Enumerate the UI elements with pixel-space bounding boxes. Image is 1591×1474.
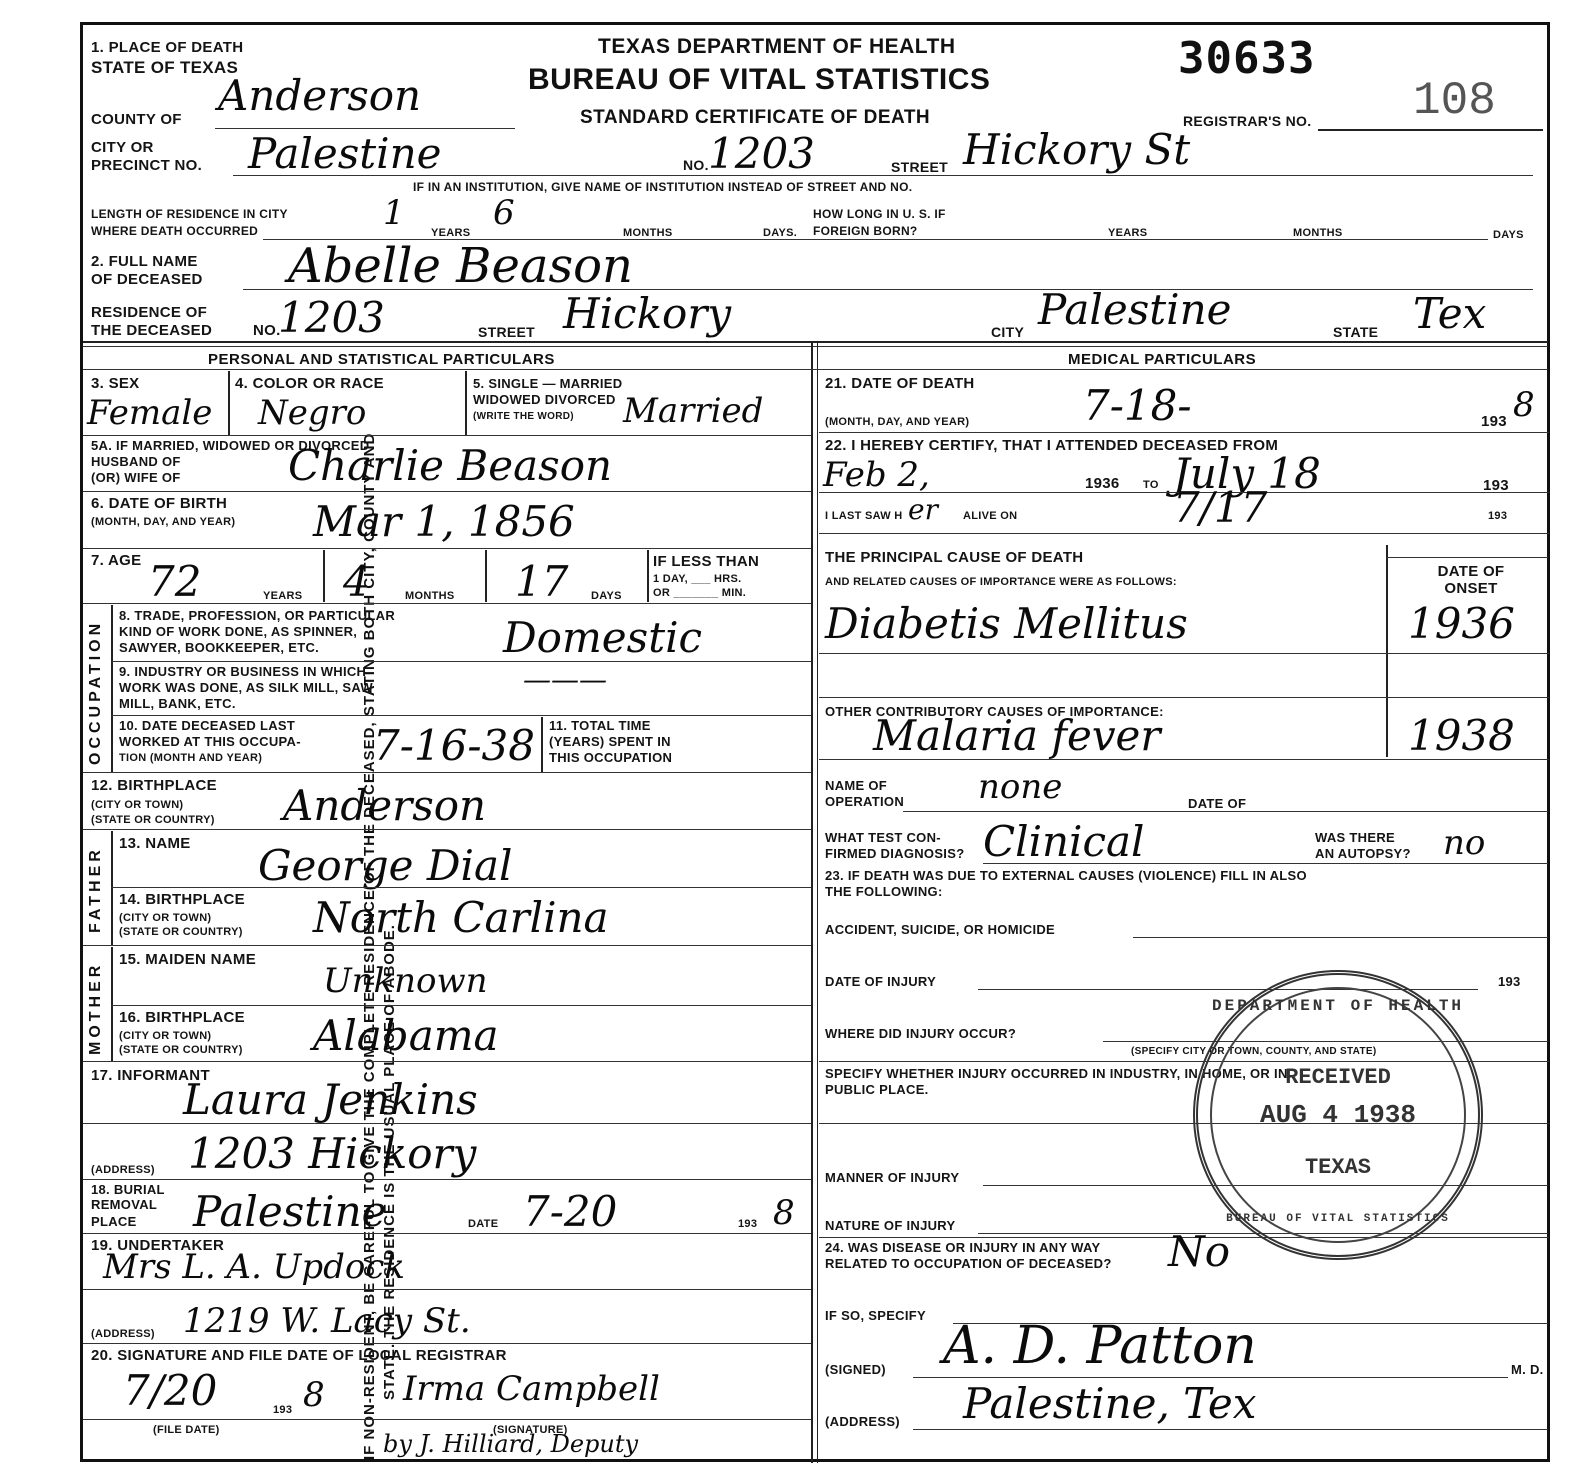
registrar-underline bbox=[83, 1419, 811, 1420]
row-rule-5 bbox=[83, 435, 811, 436]
stamp-top-text: DEPARTMENT OF HEALTH bbox=[1198, 997, 1478, 1015]
full-name-label-2: OF DECEASED bbox=[91, 271, 203, 288]
onset-top-rule bbox=[1386, 557, 1548, 558]
other-onset-value[interactable]: 1938 bbox=[1408, 715, 1515, 757]
dob-label-2: (MONTH, DAY, AND YEAR) bbox=[91, 515, 235, 529]
from-year-value[interactable]: 1936 bbox=[1085, 475, 1120, 492]
sex-value[interactable]: Female bbox=[87, 395, 212, 431]
accident-underline bbox=[1133, 937, 1548, 938]
dod-value[interactable]: 7-18- bbox=[1083, 385, 1192, 427]
street-value[interactable]: Hickory St bbox=[963, 129, 1190, 171]
other-cause-value[interactable]: Malaria fever bbox=[873, 715, 1160, 757]
marital-label-3: (WRITE THE WORD) bbox=[473, 410, 574, 424]
if-so-label: IF SO, SPECIFY bbox=[825, 1309, 926, 1323]
external-causes-label-2: THE FOLLOWING: bbox=[825, 885, 943, 899]
to-label: TO bbox=[1143, 478, 1159, 492]
residence-length-label-2: WHERE DEATH OCCURRED bbox=[91, 224, 258, 238]
injury-place-label-2: PUBLIC PLACE. bbox=[825, 1083, 929, 1097]
file-year-suffix[interactable]: 8 bbox=[303, 1377, 325, 1413]
age-years-label: YEARS bbox=[263, 589, 302, 603]
age-divider-1 bbox=[323, 550, 325, 602]
registrar-signature-value[interactable]: Irma Campbell bbox=[403, 1371, 660, 1407]
total-time-label-3: THIS OCCUPATION bbox=[549, 751, 672, 765]
residence-street-label: STREET bbox=[478, 324, 535, 341]
birthplace-label-3: (STATE OR COUNTRY) bbox=[91, 813, 215, 827]
father-birthplace-value[interactable]: North Carlina bbox=[313, 897, 609, 939]
residence-label-1: RESIDENCE OF bbox=[91, 304, 207, 321]
accident-label: ACCIDENT, SUICIDE, OR HOMICIDE bbox=[825, 923, 1055, 937]
row-rule-8 bbox=[111, 661, 811, 662]
us-months-label: MONTHS bbox=[1293, 226, 1342, 240]
less-than-label-2: 1 DAY, ___ HRS. bbox=[653, 572, 741, 586]
full-name-label-1: 2. FULL NAME bbox=[91, 253, 198, 270]
age-divider-3 bbox=[647, 550, 649, 602]
residence-no-label: NO. bbox=[253, 322, 281, 339]
age-months-value[interactable]: 4 bbox=[343, 561, 370, 603]
race-value[interactable]: Negro bbox=[258, 395, 366, 431]
dod-year-suffix[interactable]: 8 bbox=[1513, 387, 1535, 423]
row-rule-9 bbox=[111, 715, 811, 716]
full-name-underline bbox=[243, 289, 1533, 290]
father-name-value[interactable]: George Dial bbox=[258, 845, 512, 887]
informant-address-label: (ADDRESS) bbox=[91, 1163, 155, 1177]
undertaker-name-value[interactable]: Mrs L. A. Updock bbox=[103, 1249, 405, 1285]
test-underline bbox=[983, 863, 1548, 864]
operation-value[interactable]: none bbox=[978, 769, 1062, 805]
age-divider-2 bbox=[485, 550, 487, 602]
md-label: M. D. bbox=[1511, 1363, 1544, 1377]
row-rule-22 bbox=[819, 533, 1549, 534]
autopsy-label-1: WAS THERE bbox=[1315, 831, 1395, 845]
burial-label-3: PLACE bbox=[91, 1215, 137, 1229]
column-divider bbox=[811, 343, 813, 1463]
residence-months-value[interactable]: 6 bbox=[493, 195, 515, 231]
father-name-label: 13. NAME bbox=[119, 835, 191, 852]
test-label-1: WHAT TEST CON- bbox=[825, 831, 941, 845]
row-rule-19 bbox=[83, 1343, 811, 1344]
us-days-label: DAYS bbox=[1493, 228, 1524, 242]
burial-year-suffix[interactable]: 8 bbox=[773, 1195, 795, 1231]
last-saw-label: I LAST SAW H bbox=[825, 509, 903, 523]
registrar-label: REGISTRAR'S NO. bbox=[1183, 113, 1311, 130]
informant-name-value[interactable]: Laura Jenkins bbox=[183, 1079, 478, 1121]
row-rule-13 bbox=[111, 887, 811, 888]
row-rule-21 bbox=[819, 432, 1549, 433]
industry-value[interactable]: ——— bbox=[523, 665, 607, 695]
row-rule-10 bbox=[83, 772, 811, 773]
principal-cause-value[interactable]: Diabetis Mellitus bbox=[825, 603, 1188, 645]
residence-days-label: DAYS. bbox=[763, 226, 797, 240]
operation-underline bbox=[903, 811, 1548, 812]
stamp-date: AUG 4 1938 bbox=[1198, 1100, 1478, 1130]
registrar-signature-label: 20. SIGNATURE AND FILE DATE OF LOCAL REG… bbox=[91, 1347, 507, 1364]
trade-label-1: 8. TRADE, PROFESSION, OR PARTICULAR bbox=[119, 609, 395, 623]
row-rule-17 bbox=[83, 1179, 811, 1180]
spouse-value[interactable]: Charlie Beason bbox=[288, 445, 612, 487]
signed-underline bbox=[913, 1377, 1508, 1378]
father-birthplace-label-2: (CITY OR TOWN) bbox=[119, 911, 211, 925]
total-time-divider bbox=[541, 717, 543, 772]
burial-year-prefix: 193 bbox=[738, 1217, 757, 1231]
residence-city-label: CITY bbox=[991, 324, 1024, 341]
last-worked-label-2: WORKED AT THIS OCCUPA- bbox=[119, 735, 301, 749]
burial-date-label: DATE bbox=[468, 1217, 498, 1231]
street-label: STREET bbox=[891, 159, 948, 176]
test-label-2: FIRMED DIAGNOSIS? bbox=[825, 847, 964, 861]
father-birthplace-label-3: (STATE OR COUNTRY) bbox=[119, 925, 243, 939]
us-years-label: YEARS bbox=[1108, 226, 1147, 240]
department-title: TEXAS DEPARTMENT OF HEALTH bbox=[598, 35, 956, 59]
street-no-value[interactable]: 1203 bbox=[708, 133, 815, 175]
occupation-related-value[interactable]: No bbox=[1168, 1231, 1230, 1273]
last-saw-pronoun[interactable]: er bbox=[908, 495, 938, 525]
maiden-name-value[interactable]: Unknown bbox=[323, 963, 488, 999]
section-rule bbox=[83, 369, 1548, 370]
registrar-number: 108 bbox=[1413, 75, 1496, 127]
mother-birthplace-label-1: 16. BIRTHPLACE bbox=[119, 1009, 245, 1026]
mother-birthplace-value[interactable]: Alabama bbox=[313, 1015, 499, 1057]
birthplace-label-1: 12. BIRTHPLACE bbox=[91, 777, 217, 794]
autopsy-value[interactable]: no bbox=[1443, 825, 1485, 861]
age-label: 7. AGE bbox=[91, 552, 141, 569]
row-rule-14 bbox=[83, 945, 811, 946]
spouse-label-2: HUSBAND OF bbox=[91, 455, 181, 469]
trade-value[interactable]: Domestic bbox=[503, 617, 702, 659]
file-year-prefix: 193 bbox=[273, 1403, 292, 1417]
alive-year-prefix: 193 bbox=[1488, 509, 1507, 523]
residence-rule bbox=[83, 341, 1548, 343]
burial-place-value[interactable]: Palestine bbox=[193, 1191, 386, 1233]
alive-on-value[interactable]: 7/17 bbox=[1173, 487, 1267, 529]
birthplace-label-2: (CITY OR TOWN) bbox=[91, 798, 183, 812]
race-divider bbox=[465, 371, 467, 435]
autopsy-label-2: AN AUTOPSY? bbox=[1315, 847, 1411, 861]
birthplace-value[interactable]: Anderson bbox=[283, 785, 486, 827]
attended-from-value[interactable]: Feb 2, bbox=[823, 457, 930, 493]
age-years-value[interactable]: 72 bbox=[148, 561, 201, 603]
injury-where-label: WHERE DID INJURY OCCUR? bbox=[825, 1027, 1016, 1041]
father-birthplace-label-1: 14. BIRTHPLACE bbox=[119, 891, 245, 908]
occupation-side-divider bbox=[111, 605, 113, 772]
physician-address-label: (ADDRESS) bbox=[825, 1415, 900, 1429]
principal-cause-underline-2 bbox=[819, 697, 1549, 698]
operation-label-1: NAME OF bbox=[825, 779, 887, 793]
medical-section-title: MEDICAL PARTICULARS bbox=[1068, 351, 1256, 368]
physician-address-underline bbox=[913, 1429, 1548, 1430]
onset-divider bbox=[1386, 545, 1388, 757]
city-label-1: CITY OR bbox=[91, 139, 154, 156]
less-than-label-1: IF LESS THAN bbox=[653, 553, 759, 570]
operation-date-label: DATE OF bbox=[1188, 797, 1246, 811]
informant-underline bbox=[83, 1123, 811, 1124]
signed-label: (SIGNED) bbox=[825, 1363, 886, 1377]
column-divider-2 bbox=[817, 343, 818, 1463]
mother-side-divider bbox=[111, 947, 113, 1061]
maiden-name-label: 15. MAIDEN NAME bbox=[119, 951, 256, 968]
age-days-label: DAYS bbox=[591, 589, 622, 603]
trade-label-2: KIND OF WORK DONE, AS SPINNER, bbox=[119, 625, 357, 639]
institution-note: IF IN AN INSTITUTION, GIVE NAME OF INSTI… bbox=[413, 180, 912, 194]
residence-state-value[interactable]: Tex bbox=[1413, 293, 1486, 335]
us-label-1: HOW LONG IN U. S. IF bbox=[813, 207, 946, 221]
nature-label: NATURE OF INJURY bbox=[825, 1219, 955, 1233]
burial-date-value[interactable]: 7-20 bbox=[523, 1191, 617, 1233]
city-street-underline bbox=[233, 175, 1533, 176]
county-value[interactable]: Anderson bbox=[218, 75, 421, 117]
injury-date-label: DATE OF INJURY bbox=[825, 975, 936, 989]
occupation-side-label: OCCUPATION bbox=[87, 620, 105, 765]
file-date-label: (FILE DATE) bbox=[153, 1423, 220, 1437]
total-time-label-1: 11. TOTAL TIME bbox=[549, 719, 651, 733]
undertaker-address-label: (ADDRESS) bbox=[91, 1327, 155, 1341]
marital-label-1: 5. SINGLE — MARRIED bbox=[473, 377, 622, 391]
principal-cause-underline bbox=[819, 653, 1549, 654]
row-rule-other bbox=[819, 759, 1549, 760]
row-rule-7 bbox=[83, 603, 811, 604]
dod-sub-label: (MONTH, DAY, AND YEAR) bbox=[825, 415, 969, 429]
alive-on-label: ALIVE ON bbox=[963, 509, 1017, 523]
sex-label: 3. SEX bbox=[91, 375, 140, 392]
file-date-value[interactable]: 7/20 bbox=[123, 1370, 217, 1412]
occupation-related-label-1: 24. WAS DISEASE OR INJURY IN ANY WAY bbox=[825, 1241, 1100, 1255]
stamp-state: TEXAS bbox=[1198, 1155, 1478, 1180]
marital-value[interactable]: Married bbox=[623, 393, 763, 429]
registrar-underline bbox=[1318, 129, 1543, 131]
stamp-received: RECEIVED bbox=[1198, 1065, 1478, 1090]
age-months-label: MONTHS bbox=[405, 589, 454, 603]
dod-year-prefix: 193 bbox=[1481, 413, 1507, 430]
last-worked-label-3: TION (MONTH AND YEAR) bbox=[119, 751, 262, 765]
physician-address-value[interactable]: Palestine, Tex bbox=[963, 1383, 1256, 1425]
injury-year-prefix: 193 bbox=[1498, 975, 1521, 989]
row-rule-18 bbox=[83, 1233, 811, 1234]
dob-label-1: 6. DATE OF BIRTH bbox=[91, 495, 227, 512]
certificate-number: 30633 bbox=[1178, 33, 1315, 84]
residence-label-2: THE DECEASED bbox=[91, 322, 212, 339]
last-worked-value[interactable]: 7-16-38 bbox=[373, 725, 535, 767]
received-stamp: DEPARTMENT OF HEALTH RECEIVED AUG 4 1938… bbox=[1193, 970, 1483, 1260]
external-causes-label-1: 23. IF DEATH WAS DUE TO EXTERNAL CAUSES … bbox=[825, 869, 1307, 883]
row-rule-5a bbox=[83, 491, 811, 492]
undertaker-address-value[interactable]: 1219 W. Lacy St. bbox=[183, 1303, 471, 1339]
operation-label-2: OPERATION bbox=[825, 795, 904, 809]
physician-signature[interactable]: A. D. Patton bbox=[943, 1325, 1257, 1367]
spouse-label-3: (OR) WIFE OF bbox=[91, 471, 181, 485]
manner-label: MANNER OF INJURY bbox=[825, 1171, 959, 1185]
mother-side-label: MOTHER bbox=[87, 962, 105, 1055]
industry-label-1: 9. INDUSTRY OR BUSINESS IN WHICH bbox=[119, 665, 366, 679]
principal-cause-label-1: THE PRINCIPAL CAUSE OF DEATH bbox=[825, 549, 1083, 566]
full-name-value[interactable]: Abelle Beason bbox=[288, 245, 633, 287]
principal-cause-label-2: AND RELATED CAUSES OF IMPORTANCE WERE AS… bbox=[825, 575, 1177, 589]
dob-value[interactable]: Mar 1, 1856 bbox=[313, 501, 575, 543]
row-rule-15 bbox=[111, 1005, 811, 1006]
onset-header: DATE OF ONSET bbox=[1411, 563, 1531, 597]
street-no-label: NO. bbox=[683, 157, 709, 174]
age-days-value[interactable]: 17 bbox=[515, 561, 568, 603]
mother-birthplace-label-2: (CITY OR TOWN) bbox=[119, 1029, 211, 1043]
sex-divider bbox=[228, 371, 230, 435]
dod-label: 21. DATE OF DEATH bbox=[825, 375, 975, 392]
row-rule-12 bbox=[83, 829, 811, 830]
residence-street-value[interactable]: Hickory bbox=[563, 293, 731, 335]
county-label: COUNTY OF bbox=[91, 111, 182, 128]
personal-section-title: PERSONAL AND STATISTICAL PARTICULARS bbox=[208, 351, 555, 368]
informant-address-value[interactable]: 1203 Hickory bbox=[188, 1133, 476, 1175]
principal-onset-value[interactable]: 1936 bbox=[1408, 603, 1515, 645]
test-value[interactable]: Clinical bbox=[983, 821, 1144, 863]
stamp-bottom-text: BUREAU OF VITAL STATISTICS bbox=[1198, 1213, 1478, 1225]
residence-no-value[interactable]: 1203 bbox=[278, 297, 385, 339]
state-of-texas-label: STATE OF TEXAS bbox=[91, 59, 238, 76]
last-worked-label-1: 10. DATE DECEASED LAST bbox=[119, 719, 295, 733]
industry-label-2: WORK WAS DONE, AS SILK MILL, SAW bbox=[119, 681, 373, 695]
deputy-signature[interactable]: by J. Hilliard, Deputy bbox=[383, 1429, 638, 1459]
city-label-2: PRECINCT NO. bbox=[91, 157, 202, 174]
residence-rule-2 bbox=[83, 346, 1548, 347]
race-label: 4. COLOR OR RACE bbox=[235, 375, 384, 392]
residence-city-value[interactable]: Palestine bbox=[1038, 289, 1231, 331]
occupation-related-label-2: RELATED TO OCCUPATION OF DECEASED? bbox=[825, 1257, 1112, 1271]
city-value[interactable]: Palestine bbox=[248, 133, 441, 175]
industry-label-3: MILL, BANK, ETC. bbox=[119, 697, 236, 711]
death-certificate-form: 1. PLACE OF DEATH STATE OF TEXAS TEXAS D… bbox=[80, 22, 1550, 1462]
residence-state-label: STATE bbox=[1333, 324, 1378, 341]
trade-label-3: SAWYER, BOOKKEEPER, ETC. bbox=[119, 641, 319, 655]
father-side-divider bbox=[111, 831, 113, 945]
us-label-2: FOREIGN BORN? bbox=[813, 224, 918, 238]
residence-years-value[interactable]: 1 bbox=[383, 195, 405, 231]
row-rule-16 bbox=[83, 1061, 811, 1062]
mother-birthplace-label-3: (STATE OR COUNTRY) bbox=[119, 1043, 243, 1057]
residence-length-label-1: LENGTH OF RESIDENCE IN CITY bbox=[91, 207, 288, 221]
burial-label-1: 18. BURIAL bbox=[91, 1183, 165, 1197]
total-time-label-2: (YEARS) SPENT IN bbox=[549, 735, 671, 749]
less-than-label-3: OR _______ MIN. bbox=[653, 586, 746, 600]
bureau-title: BUREAU OF VITAL STATISTICS bbox=[528, 63, 990, 97]
certificate-type-title: STANDARD CERTIFICATE OF DEATH bbox=[580, 107, 930, 129]
father-side-label: FATHER bbox=[87, 846, 105, 933]
place-of-death-label: 1. PLACE OF DEATH bbox=[91, 39, 243, 56]
row-rule-6 bbox=[83, 548, 811, 549]
marital-label-2: WIDOWED DIVORCED bbox=[473, 393, 616, 407]
undertaker-underline bbox=[83, 1289, 811, 1290]
burial-label-2: REMOVAL bbox=[91, 1198, 157, 1212]
